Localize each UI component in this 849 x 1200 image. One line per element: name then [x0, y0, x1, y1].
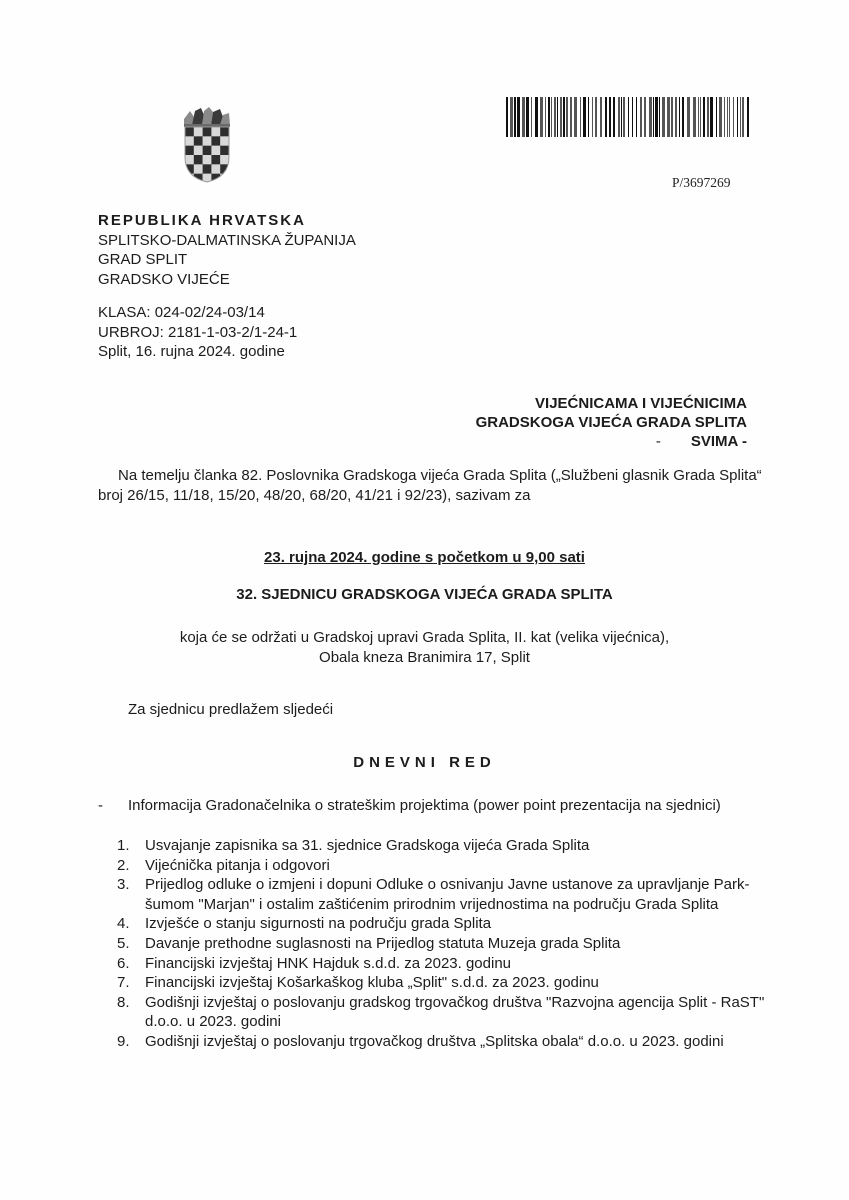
- recipient-line-1: VIJEĆNICAMA I VIJEĆNICIMA: [476, 394, 747, 413]
- barcode: [506, 97, 749, 137]
- agenda-item-text: Financijski izvještaj HNK Hajduk s.d.d. …: [145, 955, 511, 972]
- agenda-item: 1.Usvajanje zapisnika sa 31. sjednice Gr…: [117, 836, 777, 856]
- document-date: Split, 16. rujna 2024. godine: [98, 342, 297, 362]
- recipient-dash: -: [656, 432, 661, 451]
- agenda-item-text: Godišnji izvještaj o poslovanju trgovačk…: [145, 1033, 724, 1050]
- agenda-info-item: -Informacija Gradonačelnika o strateškim…: [98, 797, 721, 814]
- republic-name: REPUBLIKA HRVATSKA: [98, 211, 356, 231]
- council-name: GRADSKO VIJEĆE: [98, 270, 356, 290]
- reference-block: KLASA: 024-02/24-03/14 URBROJ: 2181-1-03…: [98, 303, 297, 362]
- proposal-text: Za sjednicu predlažem sljedeći: [128, 701, 333, 718]
- agenda-item-number: 4.: [117, 914, 130, 934]
- agenda-item-text: Izvješće o stanju sigurnosti na području…: [145, 915, 491, 932]
- agenda-item-text: Prijedlog odluke o izmjeni i dopuni Odlu…: [145, 876, 750, 913]
- agenda-item: 3.Prijedlog odluke o izmjeni i dopuni Od…: [117, 875, 777, 914]
- info-text: Informacija Gradonačelnika o strateškim …: [128, 797, 721, 814]
- agenda-item-number: 8.: [117, 993, 130, 1013]
- agenda-item: 2.Vijećnička pitanja i odgovori: [117, 856, 777, 876]
- agenda-item: 5.Davanje prethodne suglasnosti na Prije…: [117, 934, 777, 954]
- recipient-line-3: SVIMA -: [691, 432, 747, 451]
- agenda-item-text: Godišnji izvještaj o poslovanju gradskog…: [145, 994, 764, 1031]
- agenda-item: 6.Financijski izvještaj HNK Hajduk s.d.d…: [117, 954, 777, 974]
- recipient-line-2: GRADSKOGA VIJEĆA GRADA SPLITA: [476, 413, 747, 432]
- agenda-item-number: 2.: [117, 856, 130, 876]
- document-page: P/3697269 REPUBLIKA HRVATSKA SPLITSKO-DA…: [0, 0, 849, 1200]
- coat-of-arms-icon: [182, 105, 232, 183]
- intro-paragraph: Na temelju članka 82. Poslovnika Gradsko…: [98, 466, 768, 505]
- agenda-item-text: Vijećnička pitanja i odgovori: [145, 857, 330, 874]
- klasa: KLASA: 024-02/24-03/14: [98, 303, 297, 323]
- agenda-item-text: Financijski izvještaj Košarkaškog kluba …: [145, 974, 599, 991]
- session-title: 32. SJEDNICU GRADSKOGA VIJEĆA GRADA SPLI…: [0, 586, 849, 603]
- agenda-item: 9.Godišnji izvještaj o poslovanju trgova…: [117, 1032, 777, 1052]
- agenda-item-number: 7.: [117, 973, 130, 993]
- agenda-item-number: 9.: [117, 1032, 130, 1052]
- reference-number: P/3697269: [672, 175, 731, 191]
- urbroj: URBROJ: 2181-1-03-2/1-24-1: [98, 323, 297, 343]
- intro-text: Na temelju članka 82. Poslovnika Gradsko…: [98, 467, 762, 504]
- city-name: GRAD SPLIT: [98, 250, 356, 270]
- session-place: koja će se održati u Gradskoj upravi Gra…: [0, 628, 849, 668]
- agenda-item: 8.Godišnji izvještaj o poslovanju gradsk…: [117, 993, 777, 1032]
- agenda-item-number: 3.: [117, 875, 130, 895]
- agenda-item-number: 1.: [117, 836, 130, 856]
- county-name: SPLITSKO-DALMATINSKA ŽUPANIJA: [98, 231, 356, 251]
- session-date: 23. rujna 2024. godine s početkom u 9,00…: [0, 549, 849, 566]
- agenda-item-text: Usvajanje zapisnika sa 31. sjednice Grad…: [145, 837, 589, 854]
- session-place-line-2: Obala kneza Branimira 17, Split: [0, 648, 849, 668]
- agenda-item: 7.Financijski izvještaj Košarkaškog klub…: [117, 973, 777, 993]
- agenda-item-number: 6.: [117, 954, 130, 974]
- agenda-item-number: 5.: [117, 934, 130, 954]
- agenda-item-text: Davanje prethodne suglasnosti na Prijedl…: [145, 935, 620, 952]
- recipient-block: VIJEĆNICAMA I VIJEĆNICIMA GRADSKOGA VIJE…: [476, 394, 747, 451]
- info-dash: -: [98, 797, 128, 814]
- session-place-line-1: koja će se održati u Gradskoj upravi Gra…: [0, 628, 849, 648]
- letterhead: REPUBLIKA HRVATSKA SPLITSKO-DALMATINSKA …: [98, 211, 356, 289]
- agenda-title: DNEVNI RED: [0, 754, 849, 771]
- agenda-list: 1.Usvajanje zapisnika sa 31. sjednice Gr…: [117, 836, 777, 1052]
- agenda-item: 4.Izvješće o stanju sigurnosti na područ…: [117, 914, 777, 934]
